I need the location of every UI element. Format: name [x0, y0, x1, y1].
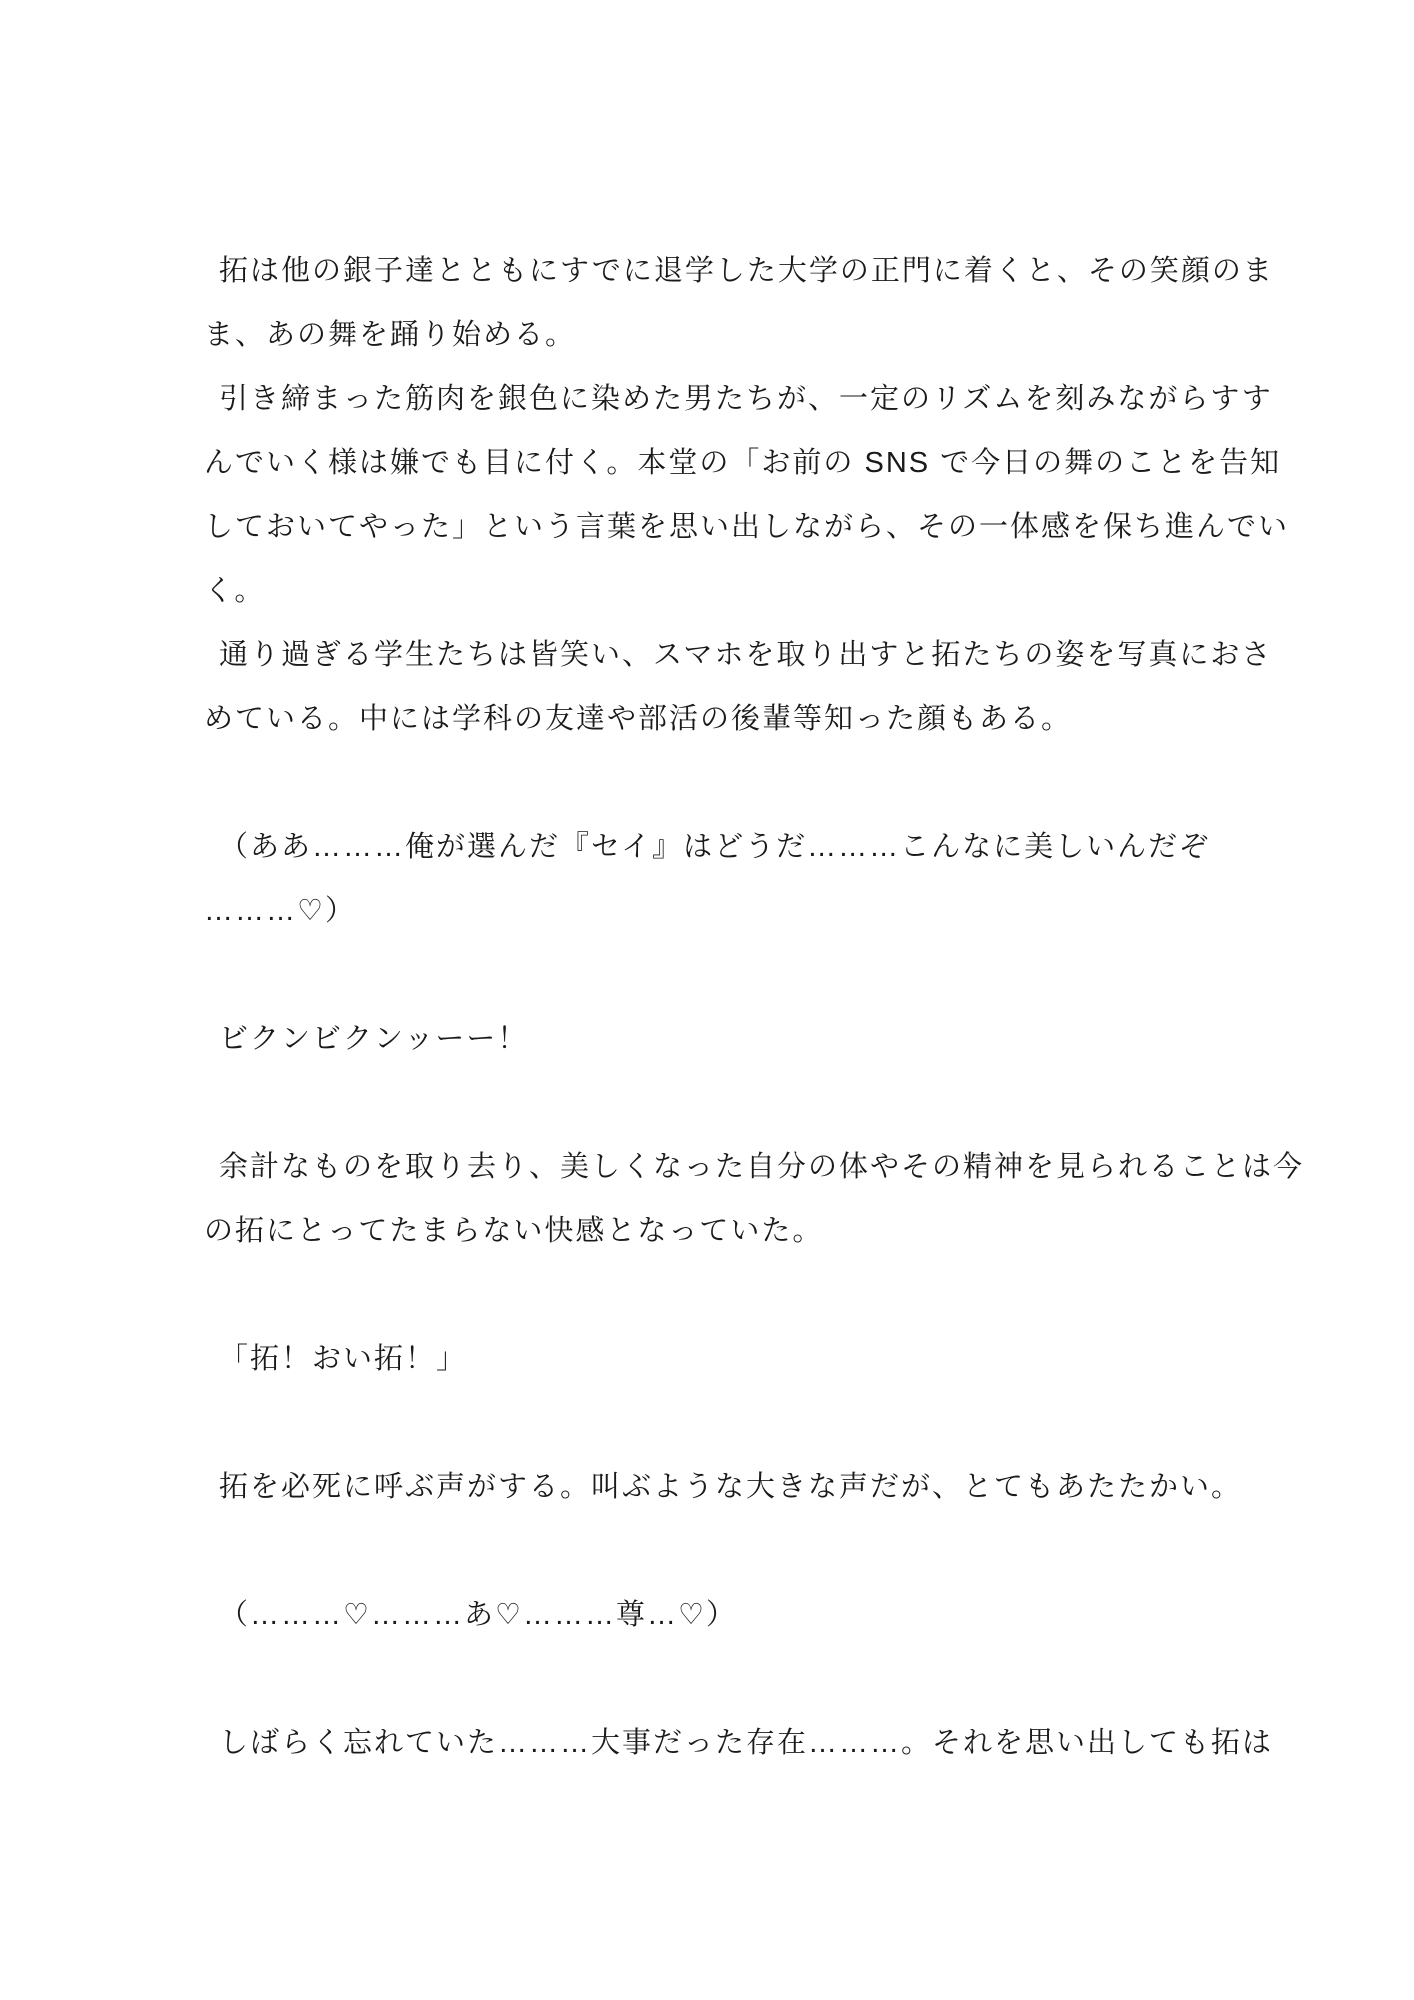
document-page: 拓は他の銀子達とともにすでに退学した大学の正門に着くと、その笑顔のま ま、あの舞…: [0, 0, 1414, 2000]
text-line: 余計なものを取り去り、美しくなった自分の体やその精神を見られることは今: [204, 1135, 1274, 1199]
blank-line: [204, 1391, 1274, 1455]
text-line: 通り過ぎる学生たちは皆笑い、スマホを取り出すと拓たちの姿を写真におさ: [204, 623, 1274, 687]
text-line: 「拓！おい拓！」: [204, 1327, 1274, 1391]
text-line: 拓は他の銀子達とともにすでに退学した大学の正門に着くと、その笑顔のま: [204, 239, 1274, 303]
blank-line: [204, 751, 1274, 815]
blank-line: [204, 1647, 1274, 1711]
blank-line: [204, 1071, 1274, 1135]
text-line: ………♡）: [204, 879, 1274, 943]
text-line: く。: [204, 559, 1274, 623]
text-line: （ああ………俺が選んだ『セイ』はどうだ………こんなに美しいんだぞ: [204, 815, 1274, 879]
document-body: 拓は他の銀子達とともにすでに退学した大学の正門に着くと、その笑顔のま ま、あの舞…: [204, 239, 1274, 1775]
text-line: （………♡………あ♡………尊…♡）: [204, 1583, 1274, 1647]
blank-line: [204, 1519, 1274, 1583]
text-line: んでいく様は嫌でも目に付く。本堂の「お前の SNS で今日の舞のことを告知: [204, 431, 1274, 495]
text-line: 引き締まった筋肉を銀色に染めた男たちが、一定のリズムを刻みながらすす: [204, 367, 1274, 431]
text-line: しておいてやった」という言葉を思い出しながら、その一体感を保ち進んでい: [204, 495, 1274, 559]
blank-line: [204, 943, 1274, 1007]
text-line: めている。中には学科の友達や部活の後輩等知った顔もある。: [204, 687, 1274, 751]
text-line: 拓を必死に呼ぶ声がする。叫ぶような大きな声だが、とてもあたたかい。: [204, 1455, 1274, 1519]
text-line: ま、あの舞を踊り始める。: [204, 303, 1274, 367]
text-line: ビクンビクンッーー！: [204, 1007, 1274, 1071]
blank-line: [204, 1263, 1274, 1327]
text-line: の拓にとってたまらない快感となっていた。: [204, 1199, 1274, 1263]
text-line: しばらく忘れていた………大事だった存在………。それを思い出しても拓は: [204, 1711, 1274, 1775]
